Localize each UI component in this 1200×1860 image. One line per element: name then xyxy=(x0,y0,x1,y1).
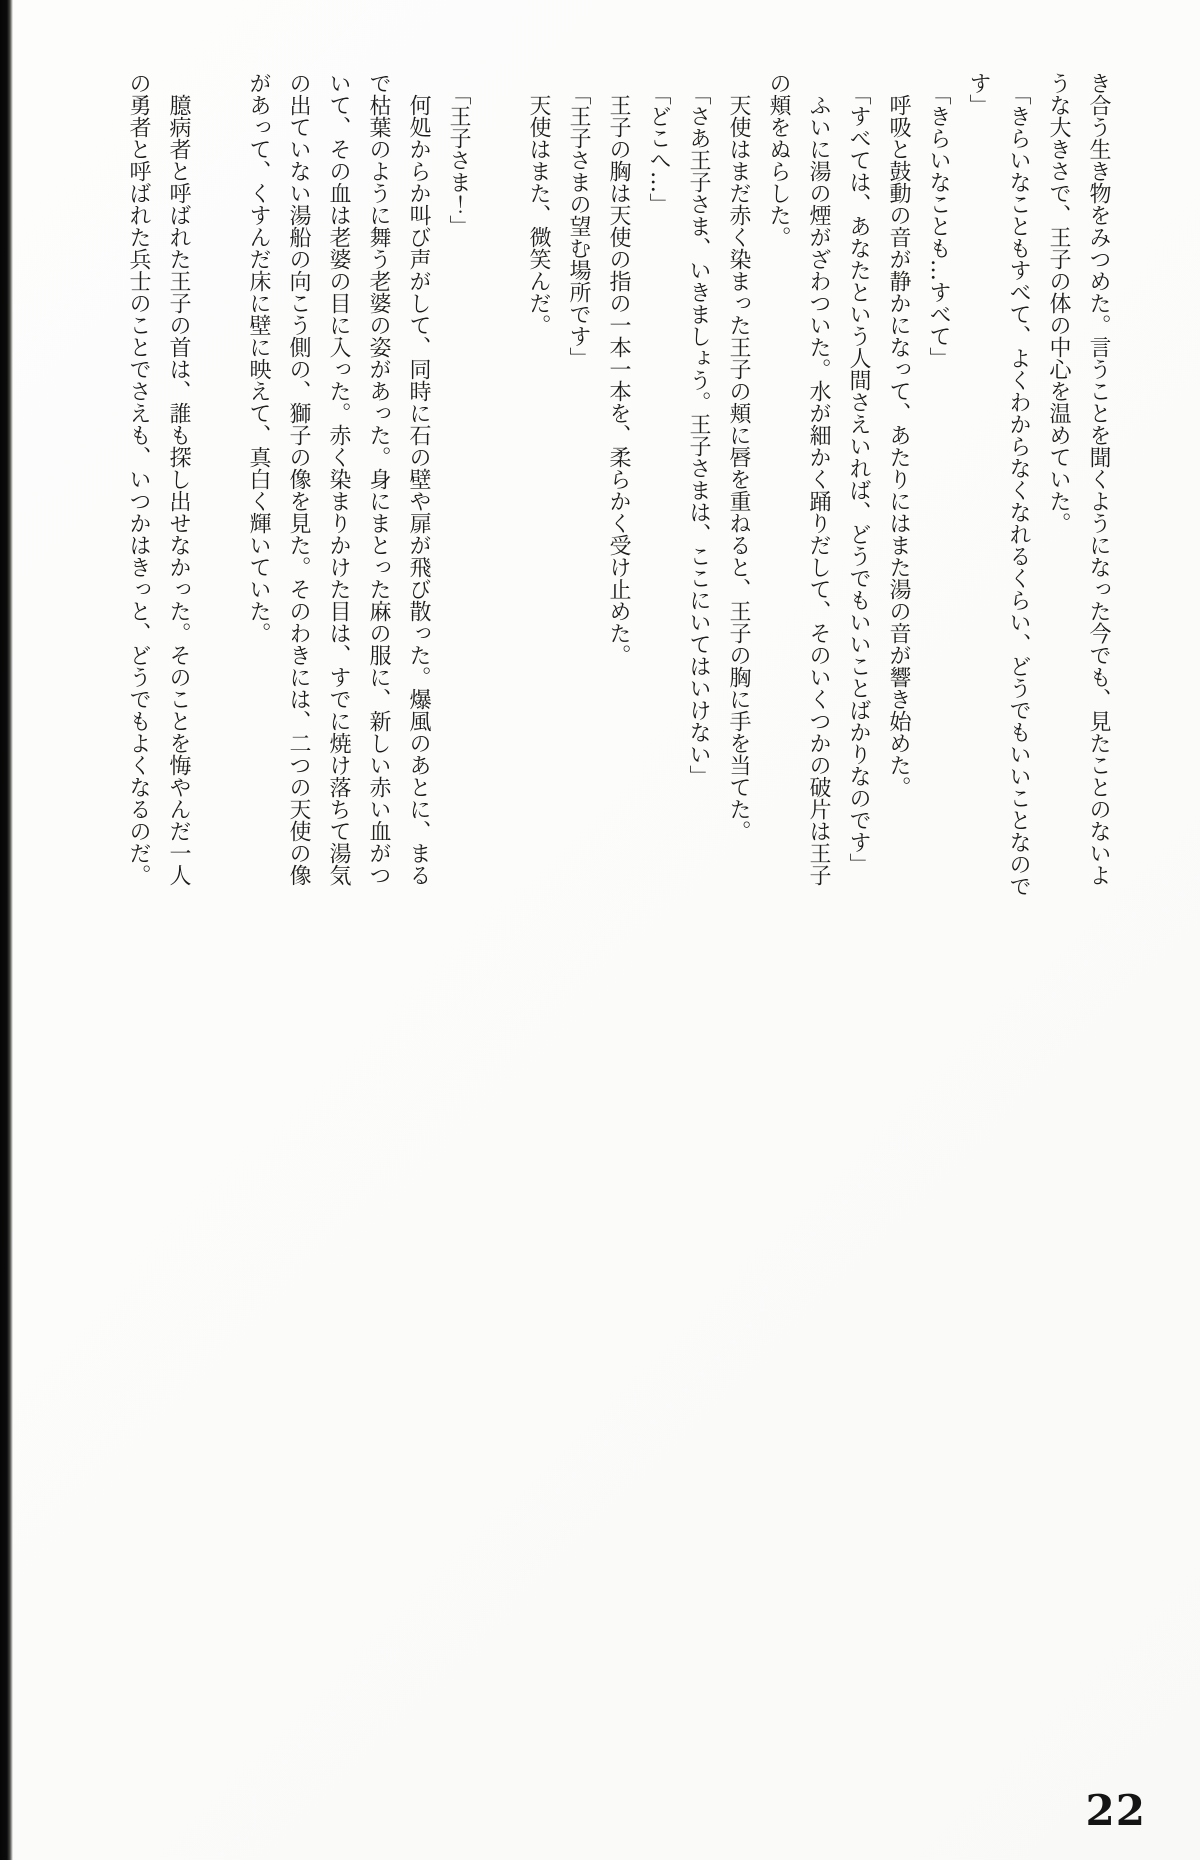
text-column: の勇者と呼ばれた兵士のことでさえも、いつかはきっと、どうでもよくなるのだ。 xyxy=(118,72,158,894)
text-column: 「きらいなことも…すべて」 xyxy=(918,72,958,894)
text-column: 「さあ王子さま、いきましょう。王子さまは、ここにいてはいけない」 xyxy=(678,72,718,894)
text-column: があって、くすんだ床に壁に映えて、真白く輝いていた。 xyxy=(238,72,278,894)
text-column: 何処からか叫び声がして、同時に石の壁や扉が飛び散った。爆風のあとに、まる xyxy=(398,72,438,894)
text-column: 「王子さま！」 xyxy=(438,72,478,894)
text-column: 天使はまた、微笑んだ。 xyxy=(518,72,558,894)
page-number: 22 xyxy=(1086,1786,1146,1835)
text-column: 呼吸と鼓動の音が静かになって、あたりにはまた湯の音が響き始めた。 xyxy=(878,72,918,894)
text-column: の頬をぬらした。 xyxy=(758,72,798,894)
text-column: 「すべては、あなたという人間さえいれば、どうでもいいことばかりなのです」 xyxy=(838,72,878,894)
text-column: き合う生き物をみつめた。言うことを聞くようになった今でも、見たことのないよ xyxy=(1078,72,1118,894)
text-column: 臆病者と呼ばれた王子の首は、誰も探し出せなかった。そのことを悔やんだ一人 xyxy=(158,72,198,894)
text-column: で枯葉のように舞う老婆の姿があった。身にまとった麻の服に、新しい赤い血がつ xyxy=(358,72,398,894)
scanned-book-page: き合う生き物をみつめた。言うことを聞くようになった今でも、見たことのないような大… xyxy=(0,0,1200,1860)
text-column: うな大きさで、王子の体の中心を温めていた。 xyxy=(1038,72,1078,894)
vertical-text-block: き合う生き物をみつめた。言うことを聞くようになった今でも、見たことのないような大… xyxy=(118,72,1118,894)
text-column: ふいに湯の煙がざわついた。水が細かく踊りだして、そのいくつかの破片は王子 xyxy=(798,72,838,894)
text-column: 王子の胸は天使の指の一本一本を、柔らかく受け止めた。 xyxy=(598,72,638,894)
page-binding-shadow xyxy=(0,0,13,1860)
text-column: 「きらいなこともすべて、よくわからなくなれるくらい、どうでもいいことなので xyxy=(998,72,1038,894)
text-column: の出ていない湯船の向こう側の、獅子の像を見た。そのわきには、二つの天使の像 xyxy=(278,72,318,894)
text-column: 「王子さまの望む場所です」 xyxy=(558,72,598,894)
text-column: 「どこへ…」 xyxy=(638,72,678,894)
text-column: す」 xyxy=(958,72,998,894)
text-column: 天使はまだ赤く染まった王子の頬に唇を重ねると、王子の胸に手を当てた。 xyxy=(718,72,758,894)
text-column: いて、その血は老婆の目に入った。赤く染まりかけた目は、すでに焼け落ちて湯気 xyxy=(318,72,358,894)
